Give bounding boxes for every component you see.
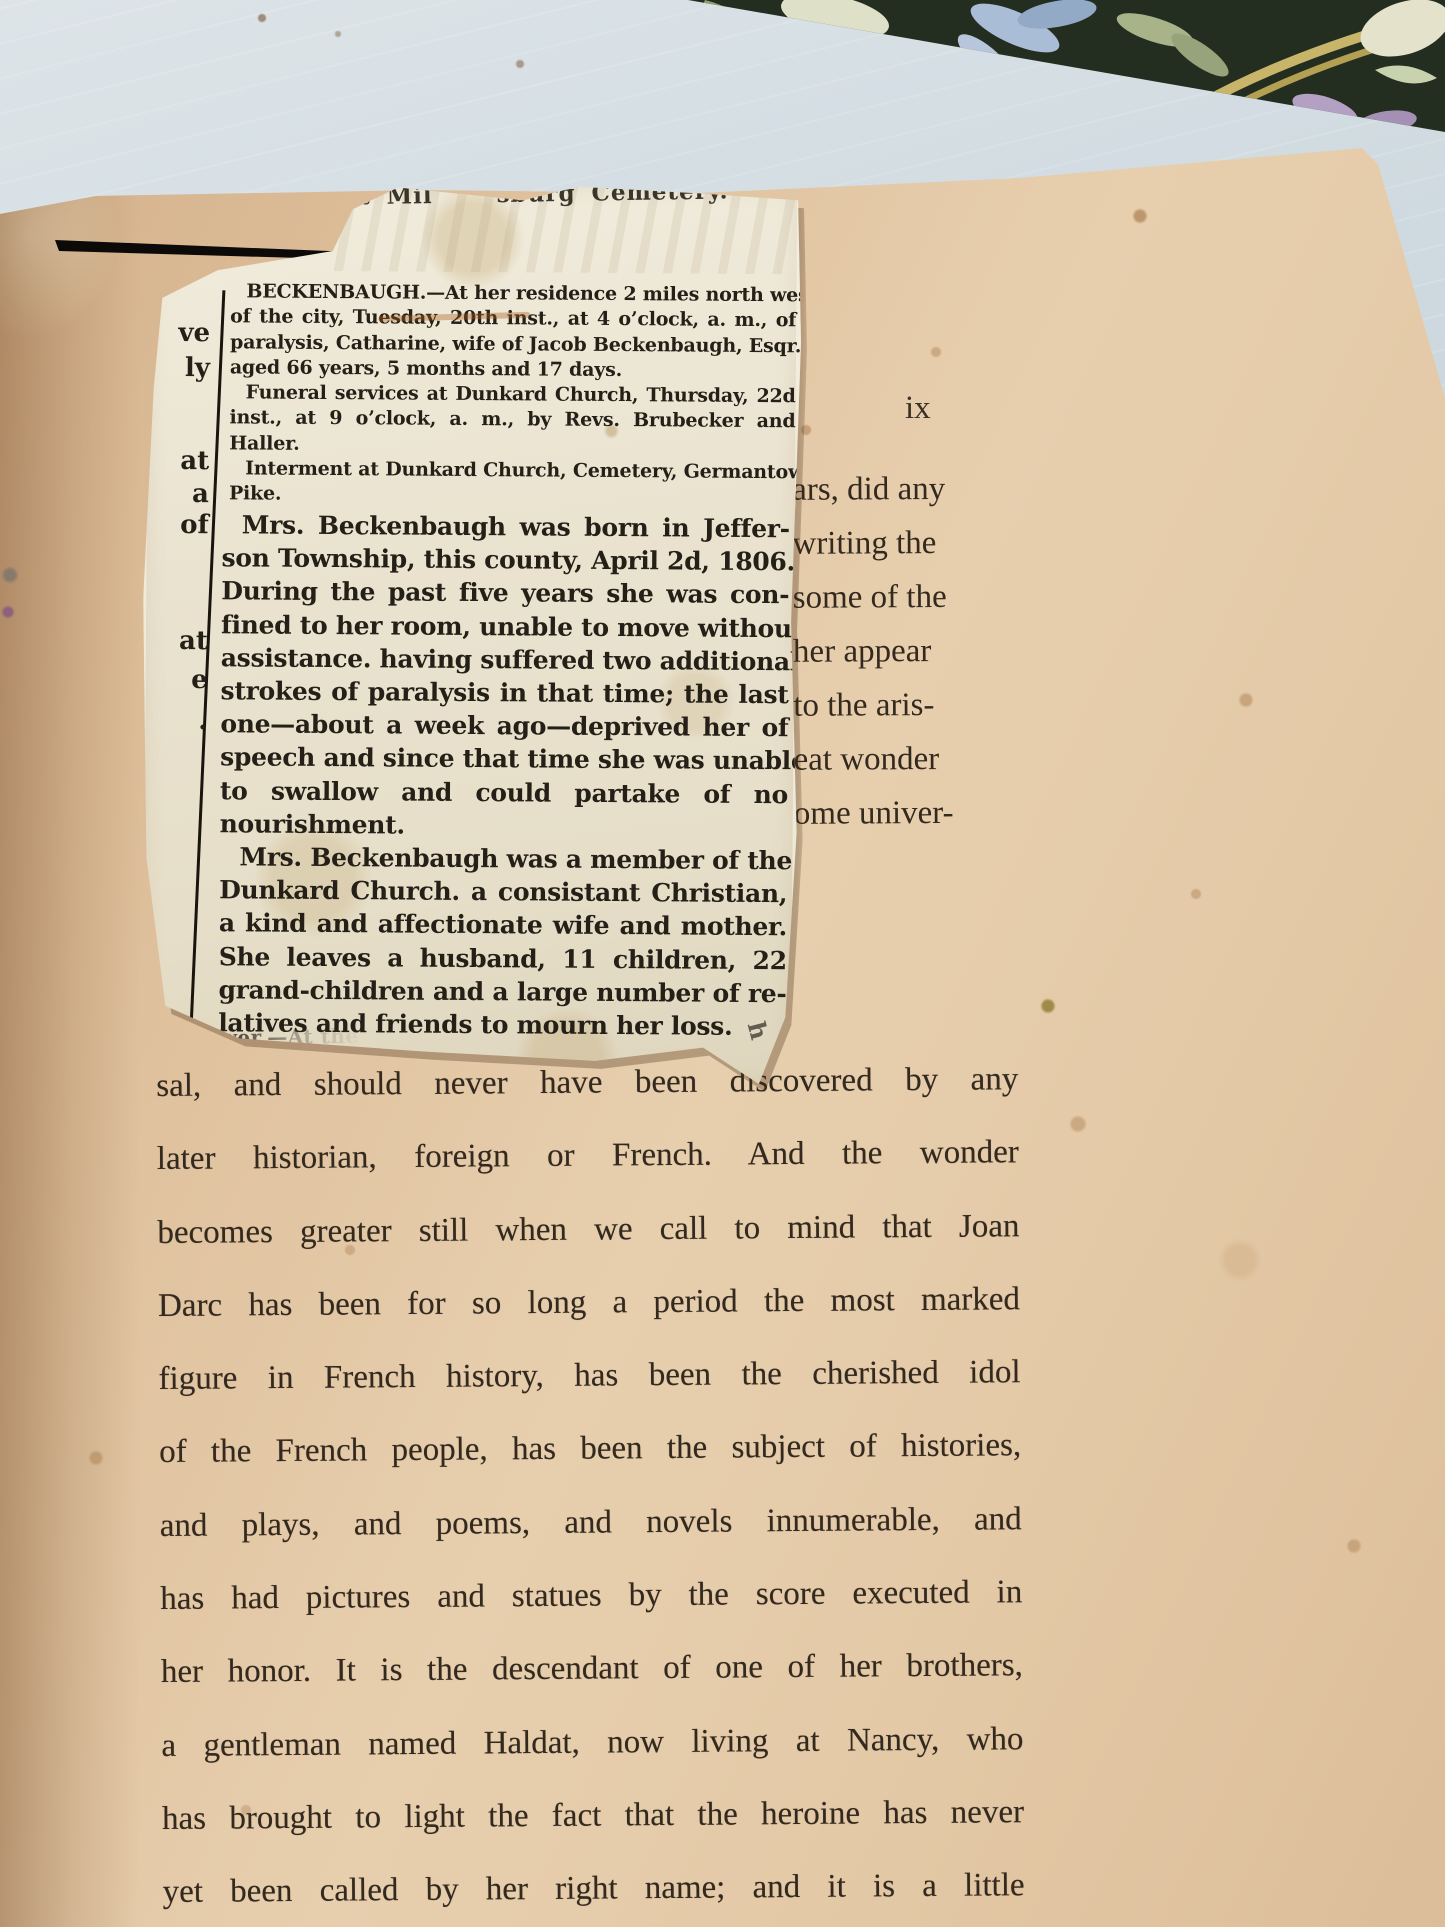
book-text-line: of the French people, has been the subje… xyxy=(159,1410,1022,1490)
obituary-body-line: strokes of paralysis in that time; the l… xyxy=(220,674,788,711)
book-text: sal, and should never have been discover… xyxy=(156,1043,1025,1927)
obituary-notice-line: inst., at 9 o’clock, a. m., by Revs. Bru… xyxy=(229,406,795,435)
clipping-margin-fragment: at xyxy=(141,446,209,476)
book-text-line: has had pictures and statues by the scor… xyxy=(160,1556,1023,1636)
obituary-body-line: fined to her room, unable to move withou… xyxy=(221,608,789,645)
obituary-body-line: a kind and affectionate wife and mother. xyxy=(219,907,787,944)
book-text-fragment-line: ome univer- xyxy=(794,785,1094,841)
obituary-notice-line: Pike. xyxy=(229,482,795,511)
page-gutter-shadow xyxy=(0,190,140,1927)
obituary-notice-line: BECKENBAUGH.—At her residence 2 miles no… xyxy=(230,279,796,308)
obituary-notice-line: of the city, Tuesday, 20th inst., at 4 o… xyxy=(230,305,796,334)
book-text-line: becomes greater still when we call to mi… xyxy=(157,1190,1020,1270)
clipping-margin-fragment: a xyxy=(141,479,209,509)
obituary-body-line: one—about a week ago—deprived her of xyxy=(220,707,788,744)
book-text-line: a gentleman named Haldat, now living at … xyxy=(161,1703,1024,1783)
obituary-notice-line: aged 66 years, 5 months and 17 days. xyxy=(230,355,796,384)
book-text-line: later historian, foreign or French. And … xyxy=(157,1117,1020,1197)
book-text-fragment-line: writing the xyxy=(792,515,1092,571)
book-text-fragment-line: her appear xyxy=(793,623,1093,679)
obituary-notice-line: paralysis, Catharine, wife of Jacob Beck… xyxy=(230,330,796,359)
obituary-body-line: speech and since that time she was unabl… xyxy=(220,741,788,778)
obituary-body-line: Mrs. Beckenbaugh was a member of the xyxy=(219,840,787,877)
book-text-fragments: ars, did anywriting thesome of theher ap… xyxy=(792,461,1094,841)
obituary-notice-line: Haller. xyxy=(229,431,795,460)
photo-scene: ix ars, did anywriting thesome of theher… xyxy=(0,0,1445,1927)
newspaper-clipping: at Mil sburg Cemetery. velyataofate. BEC… xyxy=(137,178,803,1093)
obituary-body: Mrs. Beckenbaugh was born in Jeffer-son … xyxy=(218,508,790,1043)
book-text-line: figure in French history, has been the c… xyxy=(158,1336,1021,1416)
obituary-body-line: son Township, this county, April 2d, 180… xyxy=(221,541,789,578)
obituary-body-line: She leaves a husband, 11 children, 22 xyxy=(219,940,787,977)
book-text-line: yet been called by her right name; and i… xyxy=(162,1849,1025,1927)
clipping-margin-fragment: e xyxy=(140,665,208,695)
obituary-body-line: During the past five years she was con- xyxy=(221,575,789,612)
book-text-fragment-line: some of the xyxy=(793,569,1093,625)
obituary-body-line: nourishment. xyxy=(220,807,788,844)
book-text-line: has brought to light the fact that the h… xyxy=(162,1776,1025,1856)
book-text-fragment-line: ars, did any xyxy=(792,461,1092,517)
clipping-margin-fragment: . xyxy=(139,706,207,736)
page-number: ix xyxy=(905,390,931,427)
book-text-line: her honor. It is the descendant of one o… xyxy=(161,1630,1024,1710)
obituary-notice-line: Interment at Dunkard Church, Cemetery, G… xyxy=(229,456,795,485)
obituary-body-line: to swallow and could partake of no xyxy=(220,774,788,811)
book-text-line: and plays, and poems, and novels innumer… xyxy=(159,1483,1022,1563)
obituary-body-line: Mrs. Beckenbaugh was born in Jeffer- xyxy=(222,508,790,545)
clipping-margin-fragment: at xyxy=(140,626,208,656)
obituary-body-line: grand-children and a large number of re- xyxy=(218,973,786,1010)
book-text-line: Darc has been for so long a period the m… xyxy=(158,1263,1021,1343)
obituary-body-line: Dunkard Church. a consistant Christian, xyxy=(219,873,787,910)
obituary-body-line: assistance. having suffered two addition… xyxy=(221,641,789,678)
book-text-fragment-line: to the aris- xyxy=(793,677,1093,733)
clipping-margin-fragment: of xyxy=(141,510,209,540)
book-text-fragment-line: eat wonder xyxy=(793,731,1093,787)
obituary-notice-line: Funeral services at Dunkard Church, Thur… xyxy=(230,381,796,410)
